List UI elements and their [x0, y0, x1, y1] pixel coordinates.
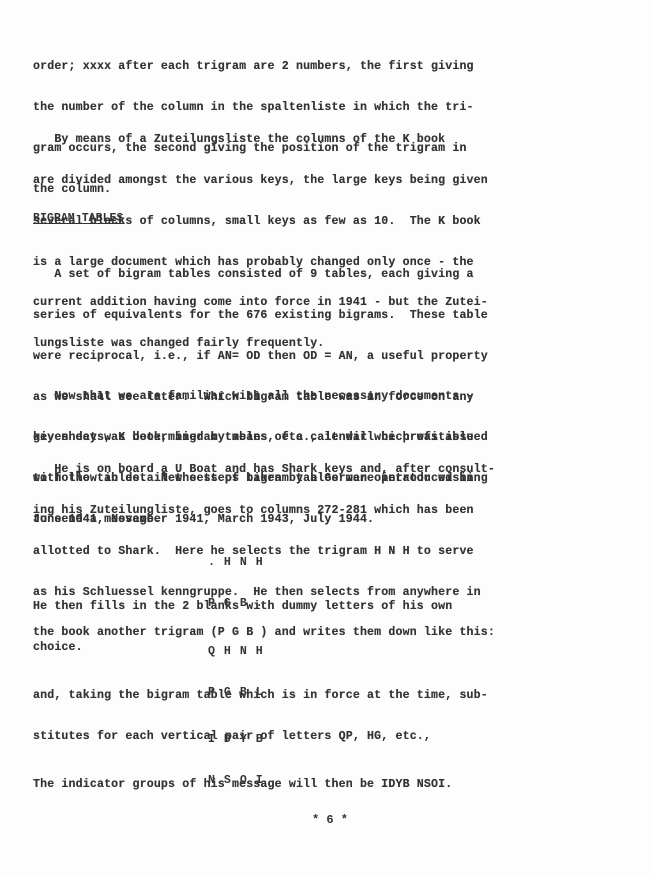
text-line: ing his Zuteilungliste, goes to columns … [33, 504, 603, 518]
text-line: series of equivalents for the 676 existi… [33, 309, 603, 323]
text-line: choice. [33, 641, 603, 655]
text-line: Now that we are familiar with all the ne… [33, 390, 603, 404]
paragraph-indicator-groups: The indicator groups of his message will… [33, 751, 603, 819]
grid-row: I D Y B [208, 733, 264, 747]
text-line: By means of a Zuteilungsliste the column… [33, 133, 603, 147]
text-line: allotted to Shark. Here he selects the t… [33, 545, 603, 559]
text-line: are divided amongst the various keys, th… [33, 174, 603, 188]
section-heading-bigram-tables: BIGRAM TABLES [33, 212, 123, 226]
text-line: and, taking the bigram table which is in… [33, 689, 603, 703]
text-line: order; xxxx after each trigram are 2 num… [33, 60, 603, 74]
text-line: The indicator groups of his message will… [33, 778, 603, 792]
text-line: were reciprocal, i.e., if AN= OD then OD… [33, 350, 603, 364]
grid-row: Q H N H [208, 645, 264, 659]
text-line: A set of bigram tables consisted of 9 ta… [33, 268, 603, 282]
document-page: order; xxxx after each trigram are 2 num… [0, 0, 650, 877]
text-line: He then fills in the 2 blanks with dummy… [33, 600, 603, 614]
grid-row: . H N H [208, 556, 264, 570]
text-line: He is on board a U Boat and has Shark ke… [33, 463, 603, 477]
text-line: stitutes for each vertical pair of lette… [33, 730, 603, 744]
page-number: * 6 * [312, 813, 348, 827]
